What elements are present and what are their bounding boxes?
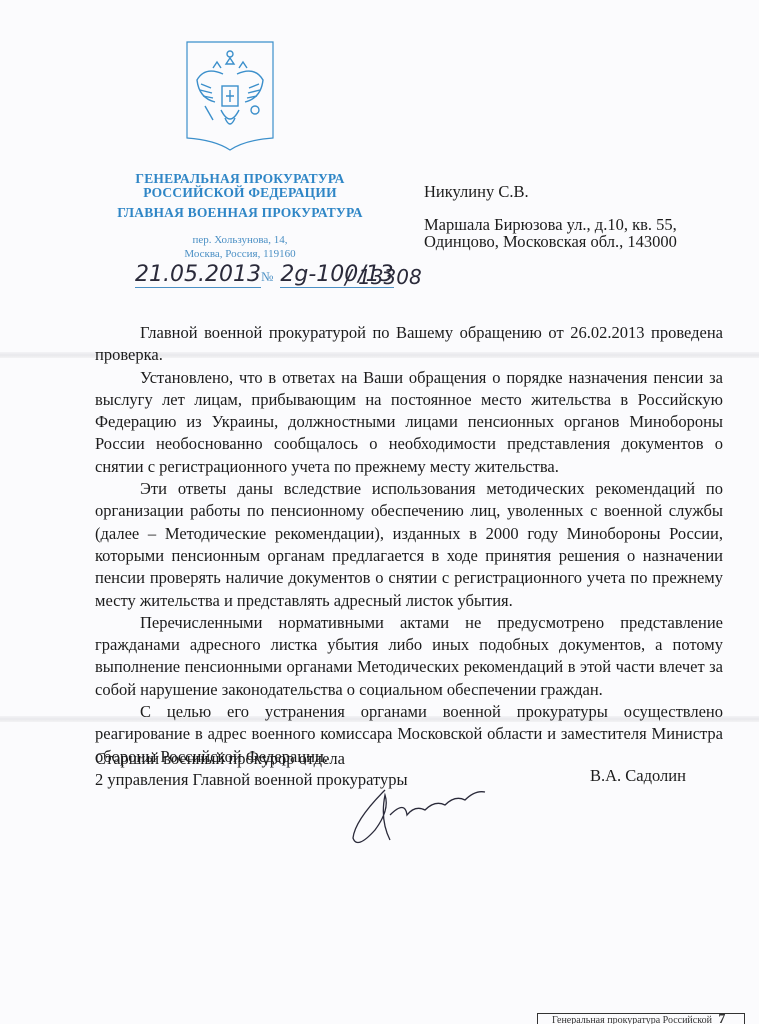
paragraph: Эти ответы даны вследствие использования… xyxy=(95,478,723,612)
recipient-name: Никулину С.В. xyxy=(424,183,529,201)
paragraph: Главной военной прокуратурой по Вашему о… xyxy=(95,322,723,367)
org-address-line2: Москва, Россия, 119160 xyxy=(110,247,370,262)
handwritten-signature-icon xyxy=(345,780,495,855)
incoming-number: / 13308 xyxy=(345,265,422,289)
stamp-text: Генеральная прокуратура Российской xyxy=(552,1015,712,1024)
paragraph: Установлено, что в ответах на Ваши обращ… xyxy=(95,367,723,478)
org-name-line3: ГЛАВНАЯ ВОЕННАЯ ПРОКУРАТУРА xyxy=(110,205,370,221)
letter-body: Главной военной прокуратурой по Вашему о… xyxy=(95,322,723,768)
coat-of-arms-icon xyxy=(185,40,275,152)
stamp-footer: Генеральная прокуратура Российской 7 xyxy=(537,1013,745,1024)
paragraph: Перечисленными нормативными актами не пр… xyxy=(95,612,723,701)
registration-date: 21.05.2013 xyxy=(135,262,261,288)
stamp-number: 7 xyxy=(718,1013,725,1024)
signatory-name: В.А. Садолин xyxy=(590,766,686,786)
number-sign: № xyxy=(261,269,273,284)
incoming-number-value: 13308 xyxy=(358,265,422,289)
signatory-title-line1: Старший военный прокурор отдела xyxy=(95,748,408,769)
org-address-line1: пер. Хользунова, 14, xyxy=(110,233,370,248)
recipient-address-line2: Одинцово, Московская обл., 143000 xyxy=(424,233,677,251)
org-name-line2: РОССИЙСКОЙ ФЕДЕРАЦИИ xyxy=(110,185,370,201)
